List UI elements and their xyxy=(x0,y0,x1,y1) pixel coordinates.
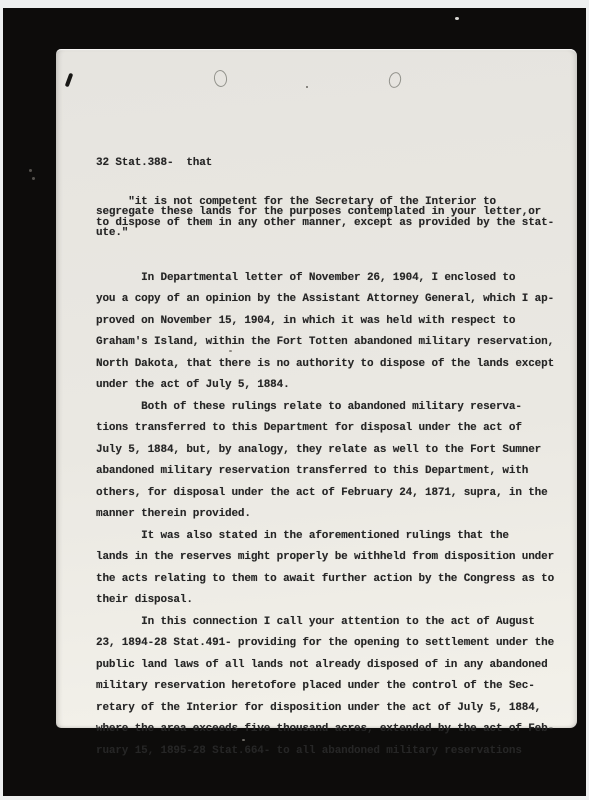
pen-mark xyxy=(65,73,74,88)
typed-line: their disposal. xyxy=(96,590,576,612)
typed-line: ute." xyxy=(96,228,576,238)
typed-text: 32 Stat.388- that "it is not competent f… xyxy=(96,132,576,786)
punch-hole-mark-right xyxy=(387,71,403,89)
dust-speck xyxy=(29,169,32,172)
quote-block: "it is not competent for the Secretary o… xyxy=(96,197,576,239)
ink-speck xyxy=(306,86,308,88)
typed-line: military reservation heretofore placed u… xyxy=(96,676,576,698)
typed-line: you a copy of an opinion by the Assistan… xyxy=(96,289,576,311)
typed-line: where the area exceeds five thousand acr… xyxy=(96,719,576,741)
punch-hole-mark-left xyxy=(213,69,228,88)
paragraph: In this connection I call your attention… xyxy=(96,612,576,763)
typed-line: public land laws of all lands not alread… xyxy=(96,655,576,677)
typed-line: In this connection I call your attention… xyxy=(96,612,576,634)
document-page: 32 Stat.388- that "it is not competent f… xyxy=(56,49,577,728)
typed-line: tions transferred to this Department for… xyxy=(96,418,576,440)
typed-line: others, for disposal under the act of Fe… xyxy=(96,483,576,505)
dust-speck xyxy=(455,17,459,20)
typed-line: to dispose of them in any other manner, … xyxy=(96,218,576,228)
citation-line: 32 Stat.388- that xyxy=(96,156,576,170)
typed-line: 23, 1894-28 Stat.491- providing for the … xyxy=(96,633,576,655)
paragraph: Both of these rulings relate to abandone… xyxy=(96,397,576,526)
typed-line: It was also stated in the aforementioned… xyxy=(96,526,576,548)
typed-line: North Dakota, that there is no authority… xyxy=(96,354,576,376)
typed-line: under the act of July 5, 1884. xyxy=(96,375,576,397)
typed-line: Graham's Island, within the Fort Totten … xyxy=(96,332,576,354)
typed-line: manner therein provided. xyxy=(96,504,576,526)
paragraph: It was also stated in the aforementioned… xyxy=(96,526,576,612)
typed-line: proved on November 15, 1904, in which it… xyxy=(96,311,576,333)
dust-speck xyxy=(32,177,35,180)
body-paragraphs: In Departmental letter of November 26, 1… xyxy=(96,268,576,763)
typed-line: abandoned military reservation transferr… xyxy=(96,461,576,483)
typed-line: In Departmental letter of November 26, 1… xyxy=(96,268,576,290)
typed-line: July 5, 1884, but, by analogy, they rela… xyxy=(96,440,576,462)
typed-line: retary of the Interior for disposition u… xyxy=(96,698,576,720)
typed-line: ruary 15, 1895-28 Stat.664- to all aband… xyxy=(96,741,576,763)
typed-line: lands in the reserves might properly be … xyxy=(96,547,576,569)
paragraph: In Departmental letter of November 26, 1… xyxy=(96,268,576,397)
typed-line: the acts relating to them to await furth… xyxy=(96,569,576,591)
typed-line: Both of these rulings relate to abandone… xyxy=(96,397,576,419)
